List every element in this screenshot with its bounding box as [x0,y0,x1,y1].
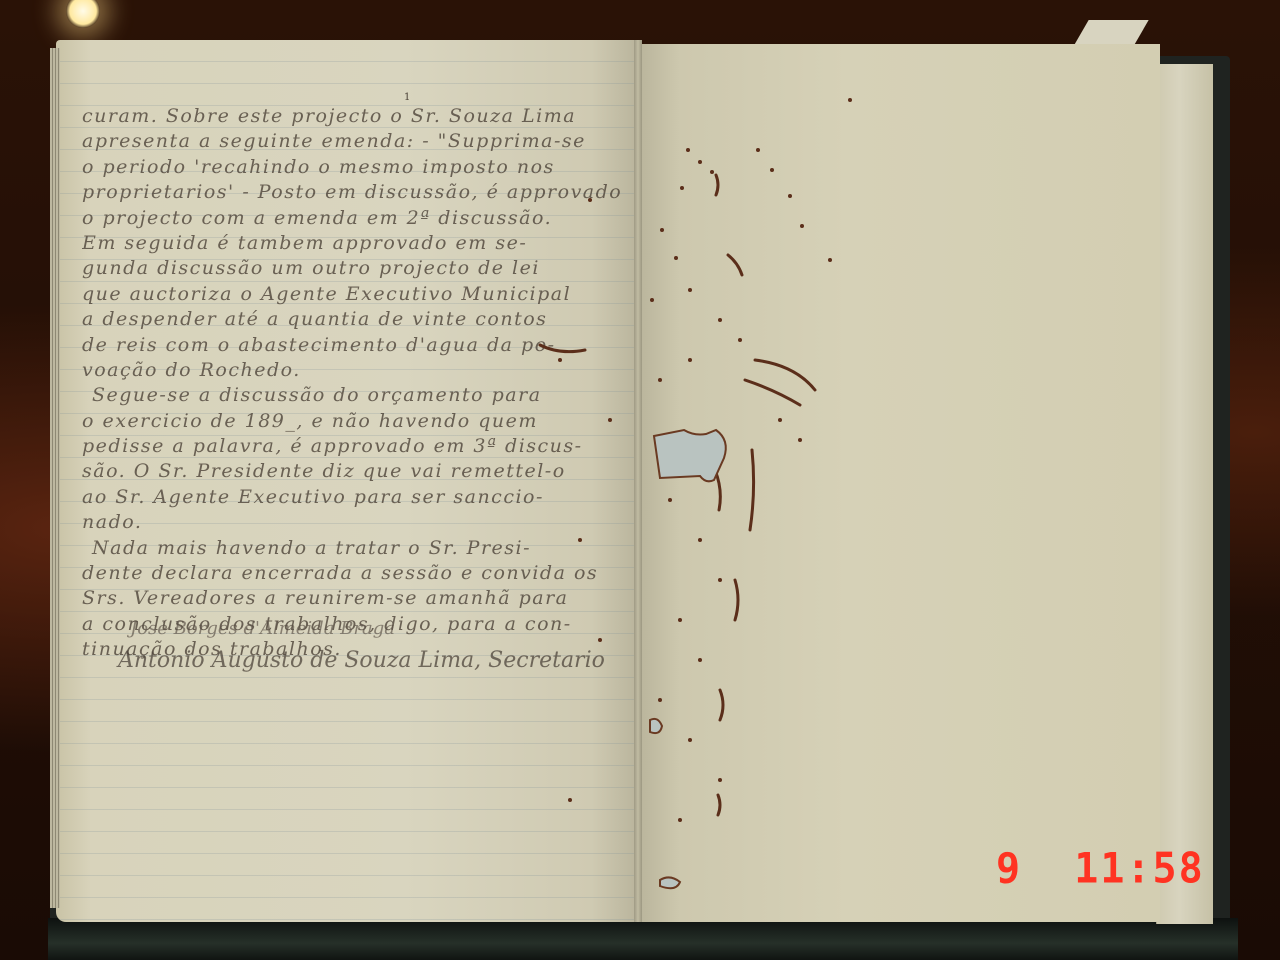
text-line: Nada mais havendo a tratar o Sr. Presi- [82,537,642,562]
text-line: pedisse a palavra, é approvado em 3ª dis… [82,435,642,460]
text-line: ao Sr. Agente Executivo para ser sanccio… [82,486,642,511]
text-line: Em seguida é tambem approvado em se- [82,232,642,257]
text-line: são. O Sr. Presidente diz que vai remett… [82,460,642,485]
text-line: o projecto com a emenda em 2ª discussão. [82,207,642,232]
text-line: o periodo 'recahindo o mesmo imposto nos [82,156,642,181]
right-page [638,44,1160,922]
text-line: dente declara encerrada a sessão e convi… [82,562,642,587]
page-stack-right [1156,64,1213,924]
handwritten-text: curam. Sobre este projecto o Sr. Souza L… [82,105,642,664]
text-line: nado. [82,511,642,536]
page-edges [50,48,60,908]
text-line: proprietarios' - Posto em discussão, é a… [82,181,642,206]
text-line: voação do Rochedo. [82,359,642,384]
text-line: Segue-se a discussão do orçamento para [82,384,642,409]
text-line: de reis com o abastecimento d'agua da po… [82,334,642,359]
signature-2: Antonio Augusto de Souza Lima, Secretari… [118,648,605,673]
camera-timestamp: 9 11:58 [996,845,1205,893]
text-line: a despender até a quantia de vinte conto… [82,308,642,333]
text-line: apresenta a seguinte emenda: - "Supprima… [82,130,642,155]
text-line: curam. Sobre este projecto o Sr. Souza L… [82,105,642,130]
text-line: gunda discussão um outro projecto de lei [82,257,642,282]
text-line: Srs. Vereadores a reunirem-se amanhã par… [82,587,642,612]
text-line: que auctoriza o Agente Executivo Municip… [82,283,642,308]
folio-mark: 1 [404,92,410,103]
signature-1: José Borges d'Almeida Braga [130,618,395,639]
book-cover-edge [48,918,1238,960]
text-line: o exercicio de 189_, e não havendo quem [82,410,642,435]
